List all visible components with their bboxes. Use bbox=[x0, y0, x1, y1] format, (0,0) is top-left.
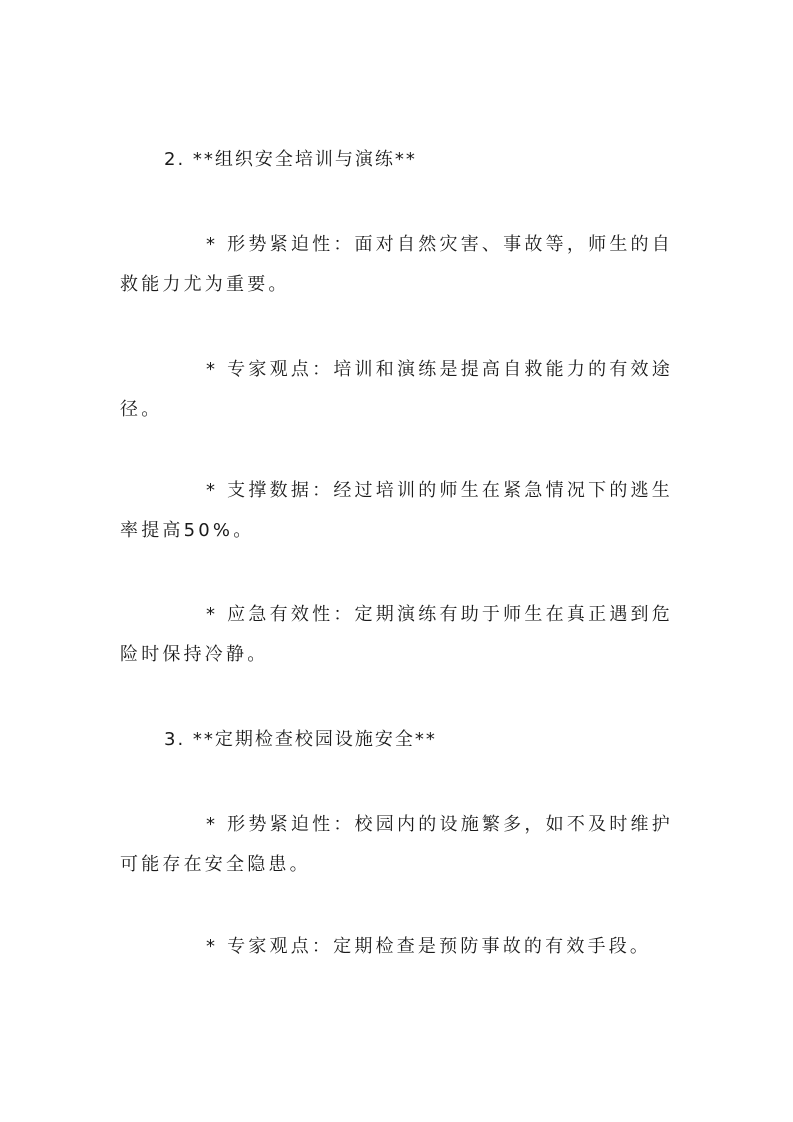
bullet-paragraph: * 形势紧迫性：校园内的设施繁多，如不及时维护可能存在安全隐患。 bbox=[120, 805, 673, 885]
bullet-paragraph: * 专家观点：定期检查是预防事故的有效手段。 bbox=[120, 927, 673, 967]
bullet-paragraph: * 应急有效性：定期演练有助于师生在真正遇到危险时保持冷静。 bbox=[120, 595, 673, 675]
section-heading-2: 2. **组织安全培训与演练** bbox=[164, 140, 717, 180]
bullet-paragraph: * 支撑数据：经过培训的师生在紧急情况下的逃生率提高50%。 bbox=[120, 471, 673, 551]
bullet-paragraph: * 形势紧迫性：面对自然灾害、事故等，师生的自救能力尤为重要。 bbox=[120, 225, 673, 305]
bullet-paragraph: * 专家观点：培训和演练是提高自救能力的有效途径。 bbox=[120, 350, 673, 430]
section-heading-3: 3. **定期检查校园设施安全** bbox=[164, 720, 717, 760]
